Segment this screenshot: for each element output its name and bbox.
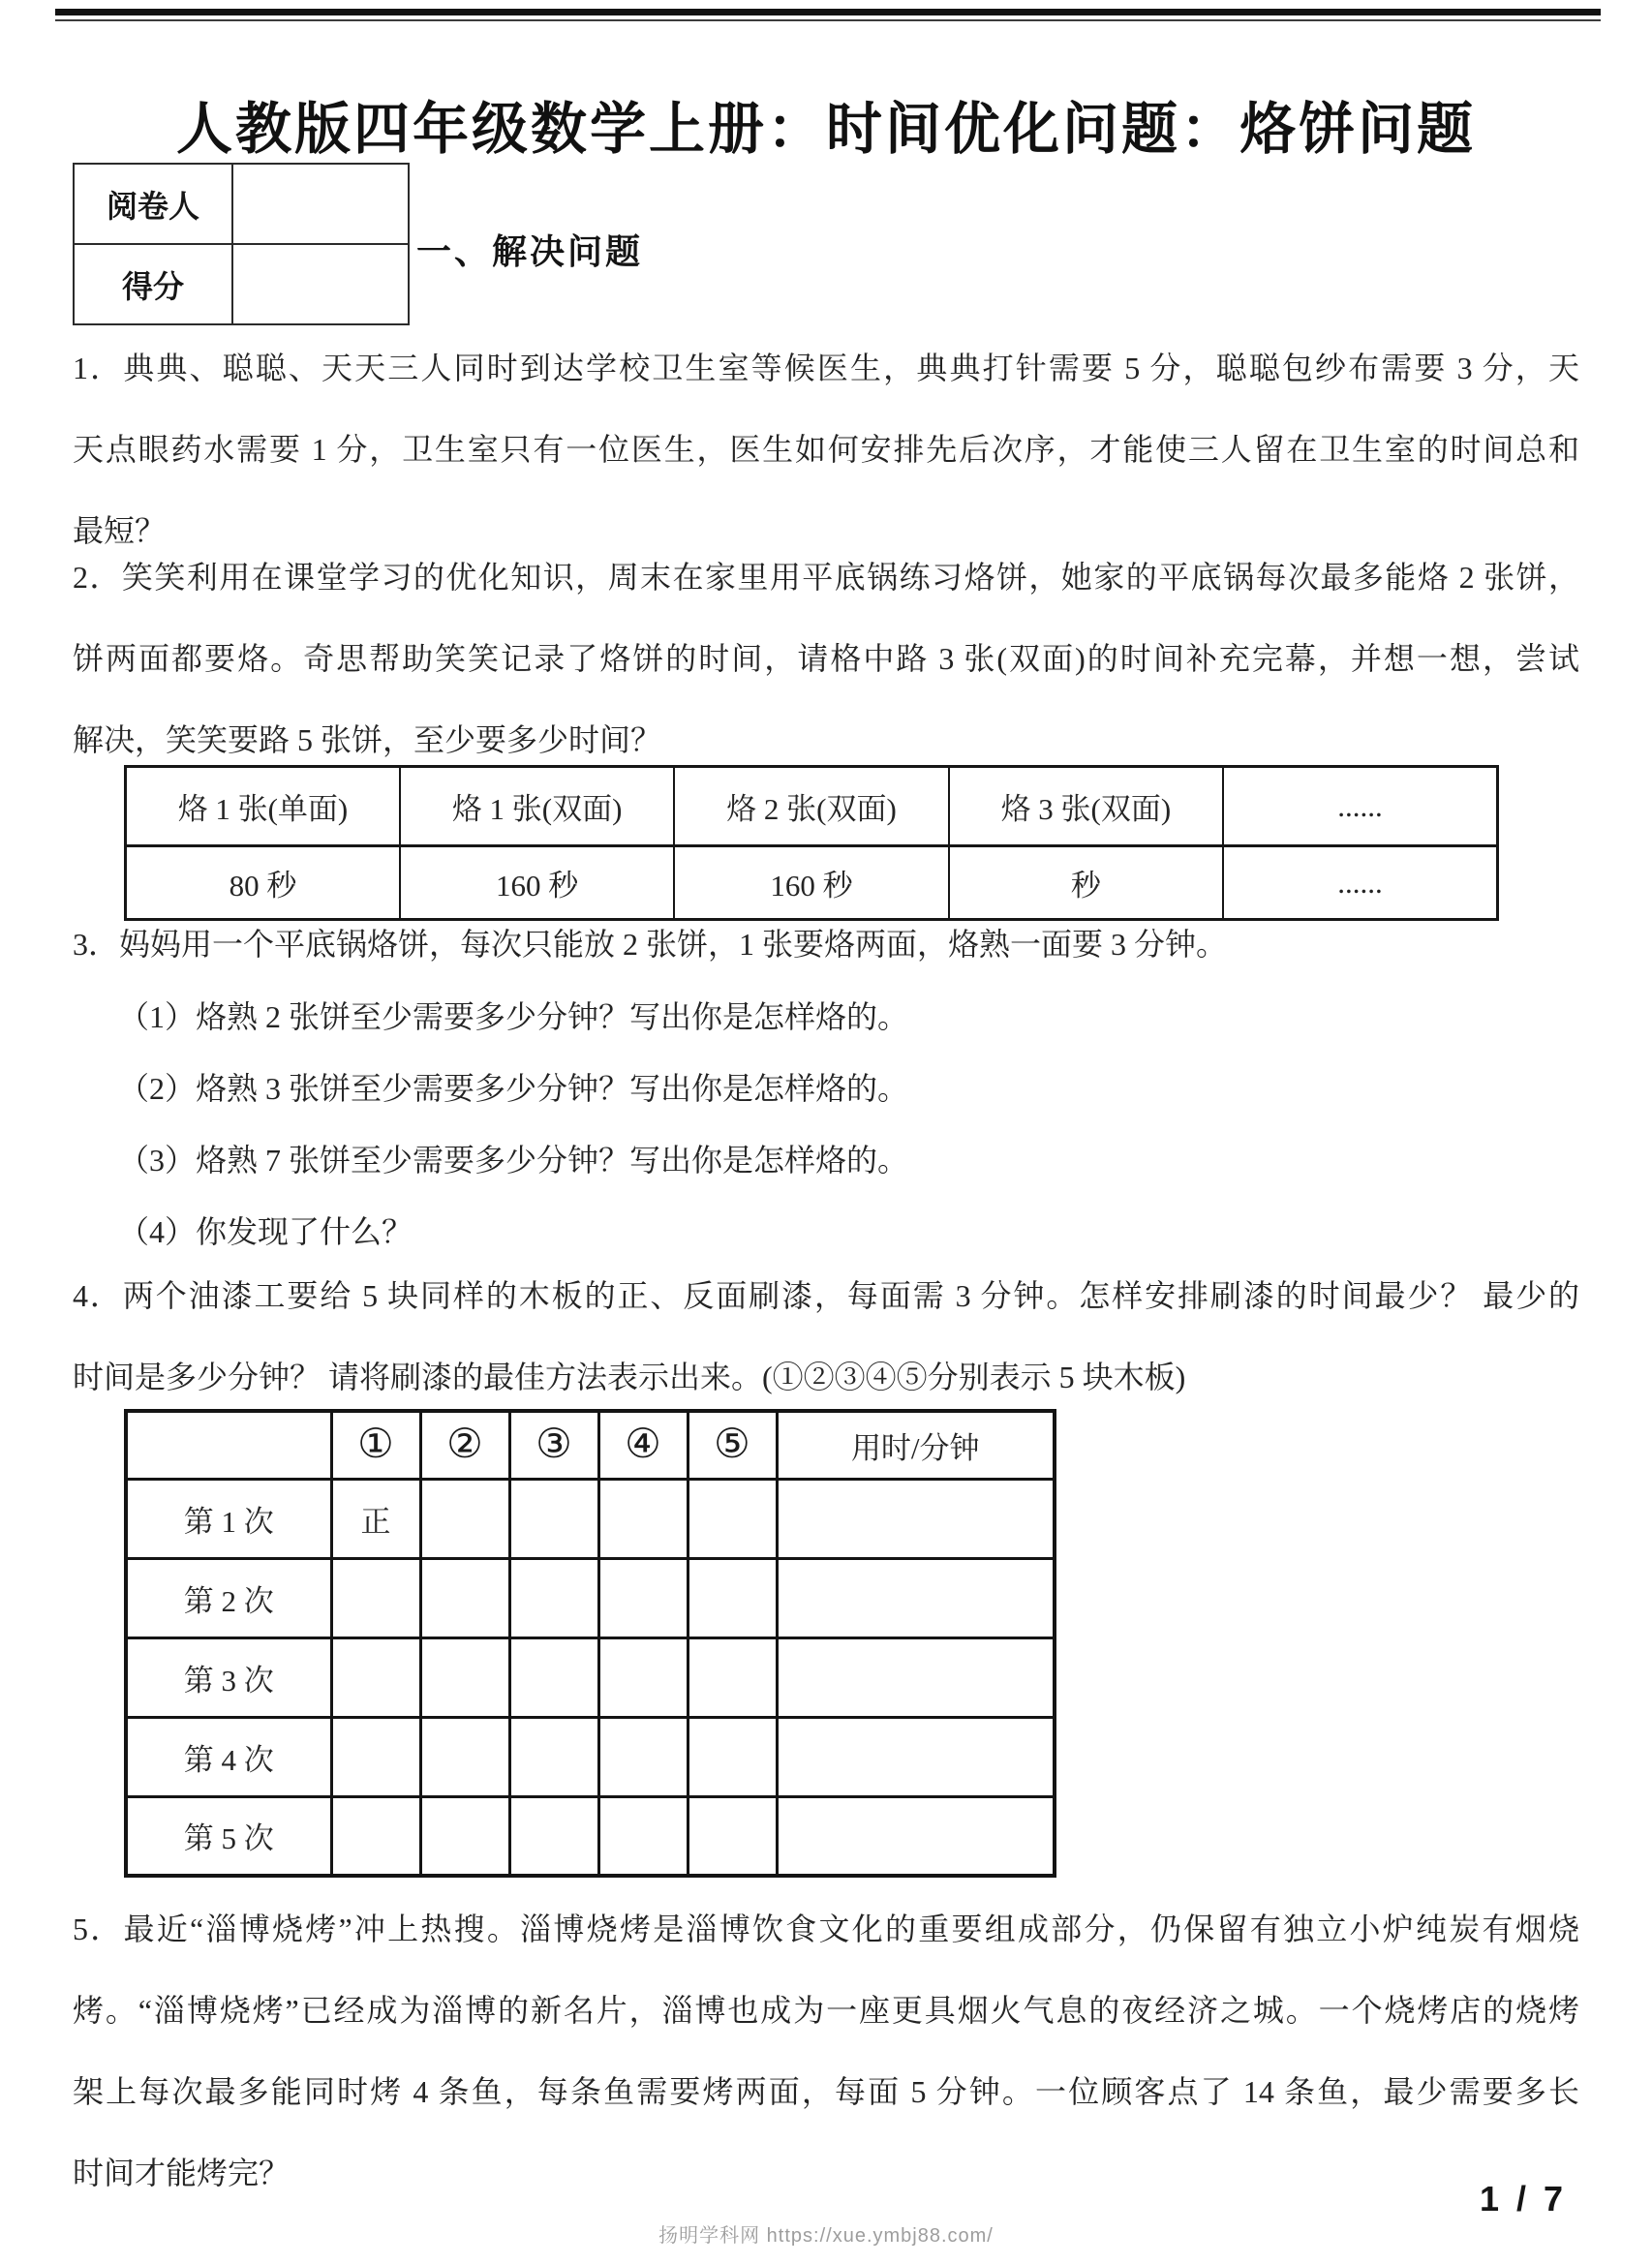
text-line: 1．典典、聪聪、天天三人同时到达学校卫生室等候医生，典典打针需要 5 分，聪聪包… <box>73 327 1579 409</box>
paint-cell <box>509 1479 598 1558</box>
problem-3: 3．妈妈用一个平底锅烙饼，每次只能放 2 张饼，1 张要烙两面，烙熟一面要 3 … <box>73 903 1579 985</box>
paint-row-label: 第 2 次 <box>126 1558 331 1637</box>
paint-cell <box>420 1717 509 1796</box>
problem-1: 1．典典、聪聪、天天三人同时到达学校卫生室等候医生，典典打针需要 5 分，聪聪包… <box>73 327 1579 571</box>
painting-plan-table: ① ② ③ ④ ⑤ 用时/分钟 第 1 次 正 第 2 次 <box>124 1409 1056 1878</box>
paint-cell <box>331 1637 420 1717</box>
paint-cell <box>777 1796 1055 1876</box>
text-line: 天点眼药水需要 1 分，卫生室只有一位医生，医生如何安排先后次序，才能使三人留在… <box>73 409 1579 490</box>
paint-cell <box>331 1717 420 1796</box>
paint-row-label: 第 1 次 <box>126 1479 331 1558</box>
problem-3-subquestions: （1）烙熟 2 张饼至少需要多少分钟？写出你是怎样烙的。 （2）烙熟 3 张饼至… <box>73 981 1579 1268</box>
paint-cell <box>420 1637 509 1717</box>
worksheet-page: 人教版四年级数学上册：时间优化问题：烙饼问题 阅卷人 得分 一、解决问题 1．典… <box>0 0 1652 2264</box>
problem-5: 5．最近“淄博烧烤”冲上热搜。淄博烧烤是淄博饮食文化的重要组成部分，仍保留有独立… <box>73 1888 1579 2214</box>
paint-row-2: 第 2 次 <box>126 1558 1055 1637</box>
text-line: 饼两面都要烙。奇思帮助笑笑记录了烙饼的时间，请格中路 3 张(双面)的时间补充完… <box>73 618 1579 699</box>
text-line: 架上每次最多能同时烤 4 条鱼，每条鱼需要烤两面，每面 5 分钟。一位顾客点了 … <box>73 2051 1579 2132</box>
page-title: 人教版四年级数学上册：时间优化问题：烙饼问题 <box>0 83 1652 165</box>
page-number: 1 / 7 <box>1480 2179 1567 2219</box>
paint-col-header: ④ <box>598 1411 688 1479</box>
paint-cell <box>777 1558 1055 1637</box>
pancake-header-cell: 烙 2 张(双面) <box>674 767 948 846</box>
grader-label: 阅卷人 <box>74 164 232 244</box>
text-line: 5．最近“淄博烧烤”冲上热搜。淄博烧烤是淄博饮食文化的重要组成部分，仍保留有独立… <box>73 1888 1579 1970</box>
paint-cell <box>598 1558 688 1637</box>
text-line: 烤。“淄博烧烤”已经成为淄博的新名片，淄博也成为一座更具烟火气息的夜经济之城。一… <box>73 1970 1579 2051</box>
top-rule-thin <box>55 19 1601 21</box>
paint-cell <box>509 1717 598 1796</box>
paint-cell <box>688 1717 777 1796</box>
problem-2: 2．笑笑利用在课堂学习的优化知识，周末在家里用平底锅练习烙饼，她家的平底锅每次最… <box>73 536 1579 780</box>
paint-cell <box>331 1558 420 1637</box>
score-label: 得分 <box>74 244 232 324</box>
pancake-header-cell: 烙 3 张(双面) <box>949 767 1223 846</box>
paint-row-label: 第 5 次 <box>126 1796 331 1876</box>
text-line: 2．笑笑利用在课堂学习的优化知识，周末在家里用平底锅练习烙饼，她家的平底锅每次最… <box>73 536 1579 618</box>
pancake-time-table: 烙 1 张(单面) 烙 1 张(双面) 烙 2 张(双面) 烙 3 张(双面) … <box>124 765 1499 921</box>
grader-row: 阅卷人 <box>74 164 409 244</box>
subquestion: （3）烙熟 7 张饼至少需要多少分钟？写出你是怎样烙的。 <box>73 1124 1579 1196</box>
paint-row-1: 第 1 次 正 <box>126 1479 1055 1558</box>
paint-cell <box>420 1796 509 1876</box>
paint-row-5: 第 5 次 <box>126 1796 1055 1876</box>
text-line: 时间才能烤完？ <box>73 2132 1579 2214</box>
paint-cell <box>598 1479 688 1558</box>
paint-header-row: ① ② ③ ④ ⑤ 用时/分钟 <box>126 1411 1055 1479</box>
paint-cell <box>688 1479 777 1558</box>
paint-col-header: ② <box>420 1411 509 1479</box>
subquestion: （2）烙熟 3 张饼至少需要多少分钟？写出你是怎样烙的。 <box>73 1053 1579 1124</box>
pancake-header-cell: ...... <box>1223 767 1497 846</box>
text-line: 4．两个油漆工要给 5 块同样的木板的正、反面刷漆，每面需 3 分钟。怎样安排刷… <box>73 1255 1579 1336</box>
paint-cell <box>688 1796 777 1876</box>
paint-cell <box>598 1717 688 1796</box>
paint-cell <box>777 1479 1055 1558</box>
pancake-header-cell: 烙 1 张(单面) <box>126 767 400 846</box>
subquestion: （1）烙熟 2 张饼至少需要多少分钟？写出你是怎样烙的。 <box>73 981 1579 1053</box>
watermark: 扬明学科网 https://xue.ymbj88.com/ <box>0 2219 1652 2248</box>
paint-cell <box>509 1796 598 1876</box>
paint-cell <box>598 1637 688 1717</box>
paint-cell <box>688 1637 777 1717</box>
paint-row-label: 第 3 次 <box>126 1637 331 1717</box>
paint-cell <box>420 1479 509 1558</box>
paint-col-header: ③ <box>509 1411 598 1479</box>
paint-cell <box>598 1796 688 1876</box>
score-row: 得分 <box>74 244 409 324</box>
paint-cell: 正 <box>331 1479 420 1558</box>
paint-cell <box>777 1637 1055 1717</box>
grader-value-cell <box>232 164 409 244</box>
paint-row-3: 第 3 次 <box>126 1637 1055 1717</box>
grader-score-box: 阅卷人 得分 <box>73 163 410 325</box>
paint-time-header: 用时/分钟 <box>777 1411 1055 1479</box>
paint-row-4: 第 4 次 <box>126 1717 1055 1796</box>
problem-4: 4．两个油漆工要给 5 块同样的木板的正、反面刷漆，每面需 3 分钟。怎样安排刷… <box>73 1255 1579 1418</box>
top-rule-thick <box>55 9 1601 15</box>
score-value-cell <box>232 244 409 324</box>
paint-col-header: ⑤ <box>688 1411 777 1479</box>
paint-cell <box>420 1558 509 1637</box>
text-line: 3．妈妈用一个平底锅烙饼，每次只能放 2 张饼，1 张要烙两面，烙熟一面要 3 … <box>73 903 1579 985</box>
paint-row-label: 第 4 次 <box>126 1717 331 1796</box>
text-line: 时间是多少分钟？ 请将刷漆的最佳方法表示出来。(①②③④⑤分别表示 5 块木板) <box>73 1336 1579 1418</box>
paint-corner-cell <box>126 1411 331 1479</box>
paint-cell <box>688 1558 777 1637</box>
paint-cell <box>777 1717 1055 1796</box>
paint-col-header: ① <box>331 1411 420 1479</box>
pancake-header-row: 烙 1 张(单面) 烙 1 张(双面) 烙 2 张(双面) 烙 3 张(双面) … <box>126 767 1498 846</box>
paint-cell <box>509 1637 598 1717</box>
section-heading: 一、解决问题 <box>416 225 643 274</box>
paint-cell <box>509 1558 598 1637</box>
pancake-header-cell: 烙 1 张(双面) <box>400 767 674 846</box>
paint-cell <box>331 1796 420 1876</box>
